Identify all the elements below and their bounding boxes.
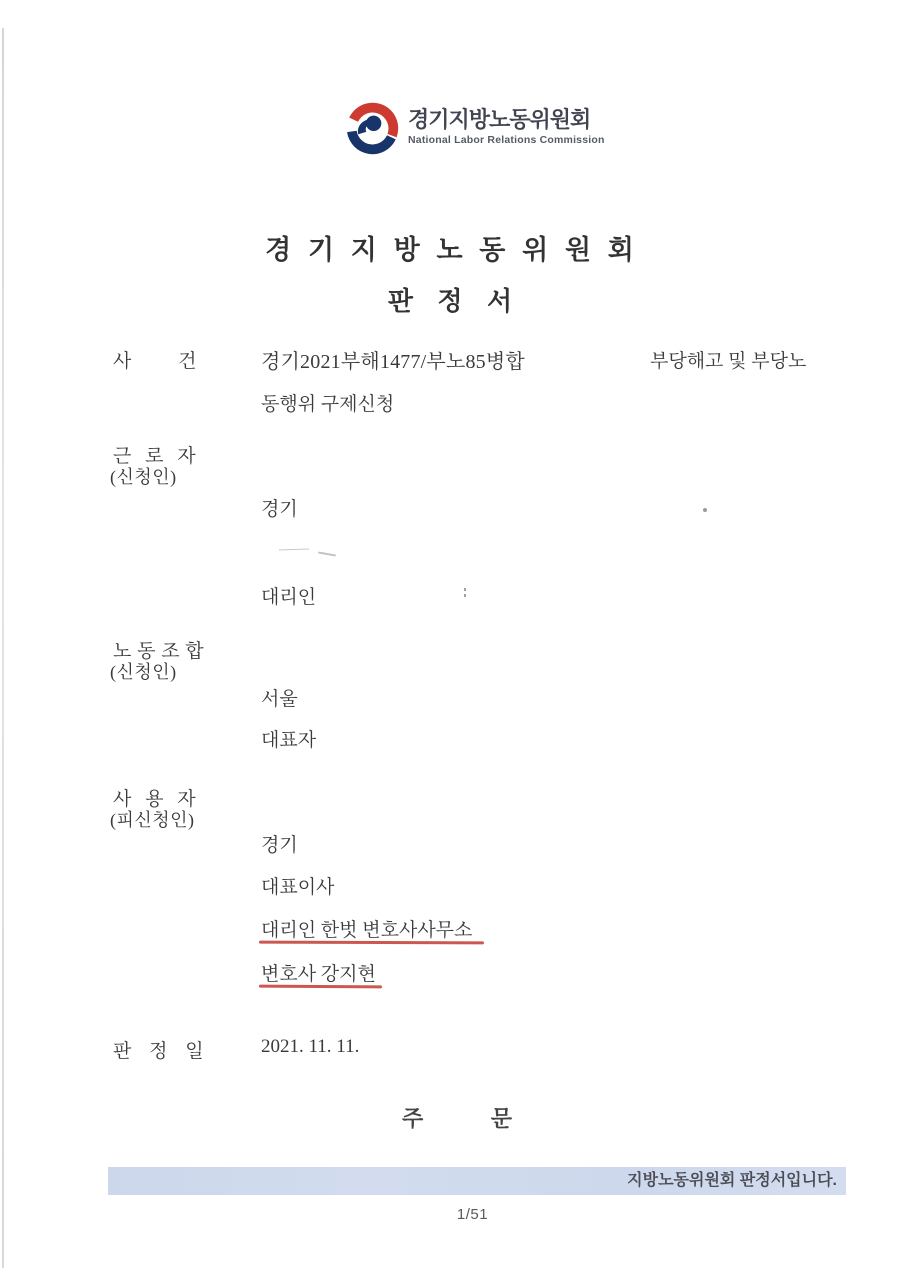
- worker-sublabel: (신청인): [110, 463, 177, 489]
- scan-smudge: [279, 548, 309, 550]
- decision-date-value: 2021. 11. 11.: [261, 1036, 359, 1058]
- case-label: 사 건: [113, 346, 196, 373]
- scan-edge-line: [2, 28, 4, 1268]
- page-number: 1/51: [0, 1206, 900, 1223]
- employer-rep-label: 대표이사: [261, 872, 334, 899]
- document-page: 경기지방노동위원회 National Labor Relations Commi…: [0, 0, 900, 1272]
- red-underline: [259, 985, 382, 989]
- case-type-line1: 부당해고 및 부당노: [650, 346, 806, 373]
- employer-address: 경기: [261, 830, 298, 857]
- document-title-org: 경 기 지 방 노 동 위 원 회: [0, 228, 900, 267]
- org-logo: 경기지방노동위원회 National Labor Relations Commi…: [344, 100, 605, 157]
- decision-date-label: 판 정 일: [113, 1036, 204, 1063]
- union-address: 서울: [261, 684, 298, 711]
- employer-agent: 대리인 한벗 변호사사무소: [261, 915, 472, 942]
- watermark-banner-text: 지방노동위원회 판정서입니다.: [627, 1172, 837, 1189]
- document-title-type: 판 정 서: [0, 281, 900, 318]
- taegeuk-emblem-icon: [344, 100, 401, 157]
- scan-dot: [703, 508, 707, 512]
- org-name-korean: 경기지방노동위원회: [408, 108, 605, 132]
- employer-lawyer: 변호사 강지현: [261, 959, 376, 986]
- scan-smudge: [318, 551, 336, 556]
- worker-address: 경기: [261, 494, 298, 521]
- red-underline: [259, 941, 484, 945]
- scan-dot: [464, 588, 466, 591]
- employer-sublabel: (피신청인): [110, 806, 195, 832]
- case-number: 경기2021부해1477/부노85병합: [261, 345, 525, 374]
- org-logo-text: 경기지방노동위원회 National Labor Relations Commi…: [408, 100, 605, 146]
- union-rep-label: 대표자: [261, 725, 316, 752]
- document-title-block: 경 기 지 방 노 동 위 원 회 판 정 서: [0, 228, 900, 318]
- watermark-banner: 지방노동위원회 판정서입니다.: [108, 1167, 846, 1195]
- worker-agent-label: 대리인: [261, 582, 316, 609]
- order-heading: 주 문: [402, 1102, 512, 1133]
- union-sublabel: (신청인): [110, 658, 177, 684]
- case-type-line2: 동행위 구제신청: [261, 389, 394, 416]
- org-name-english: National Labor Relations Commission: [408, 134, 605, 146]
